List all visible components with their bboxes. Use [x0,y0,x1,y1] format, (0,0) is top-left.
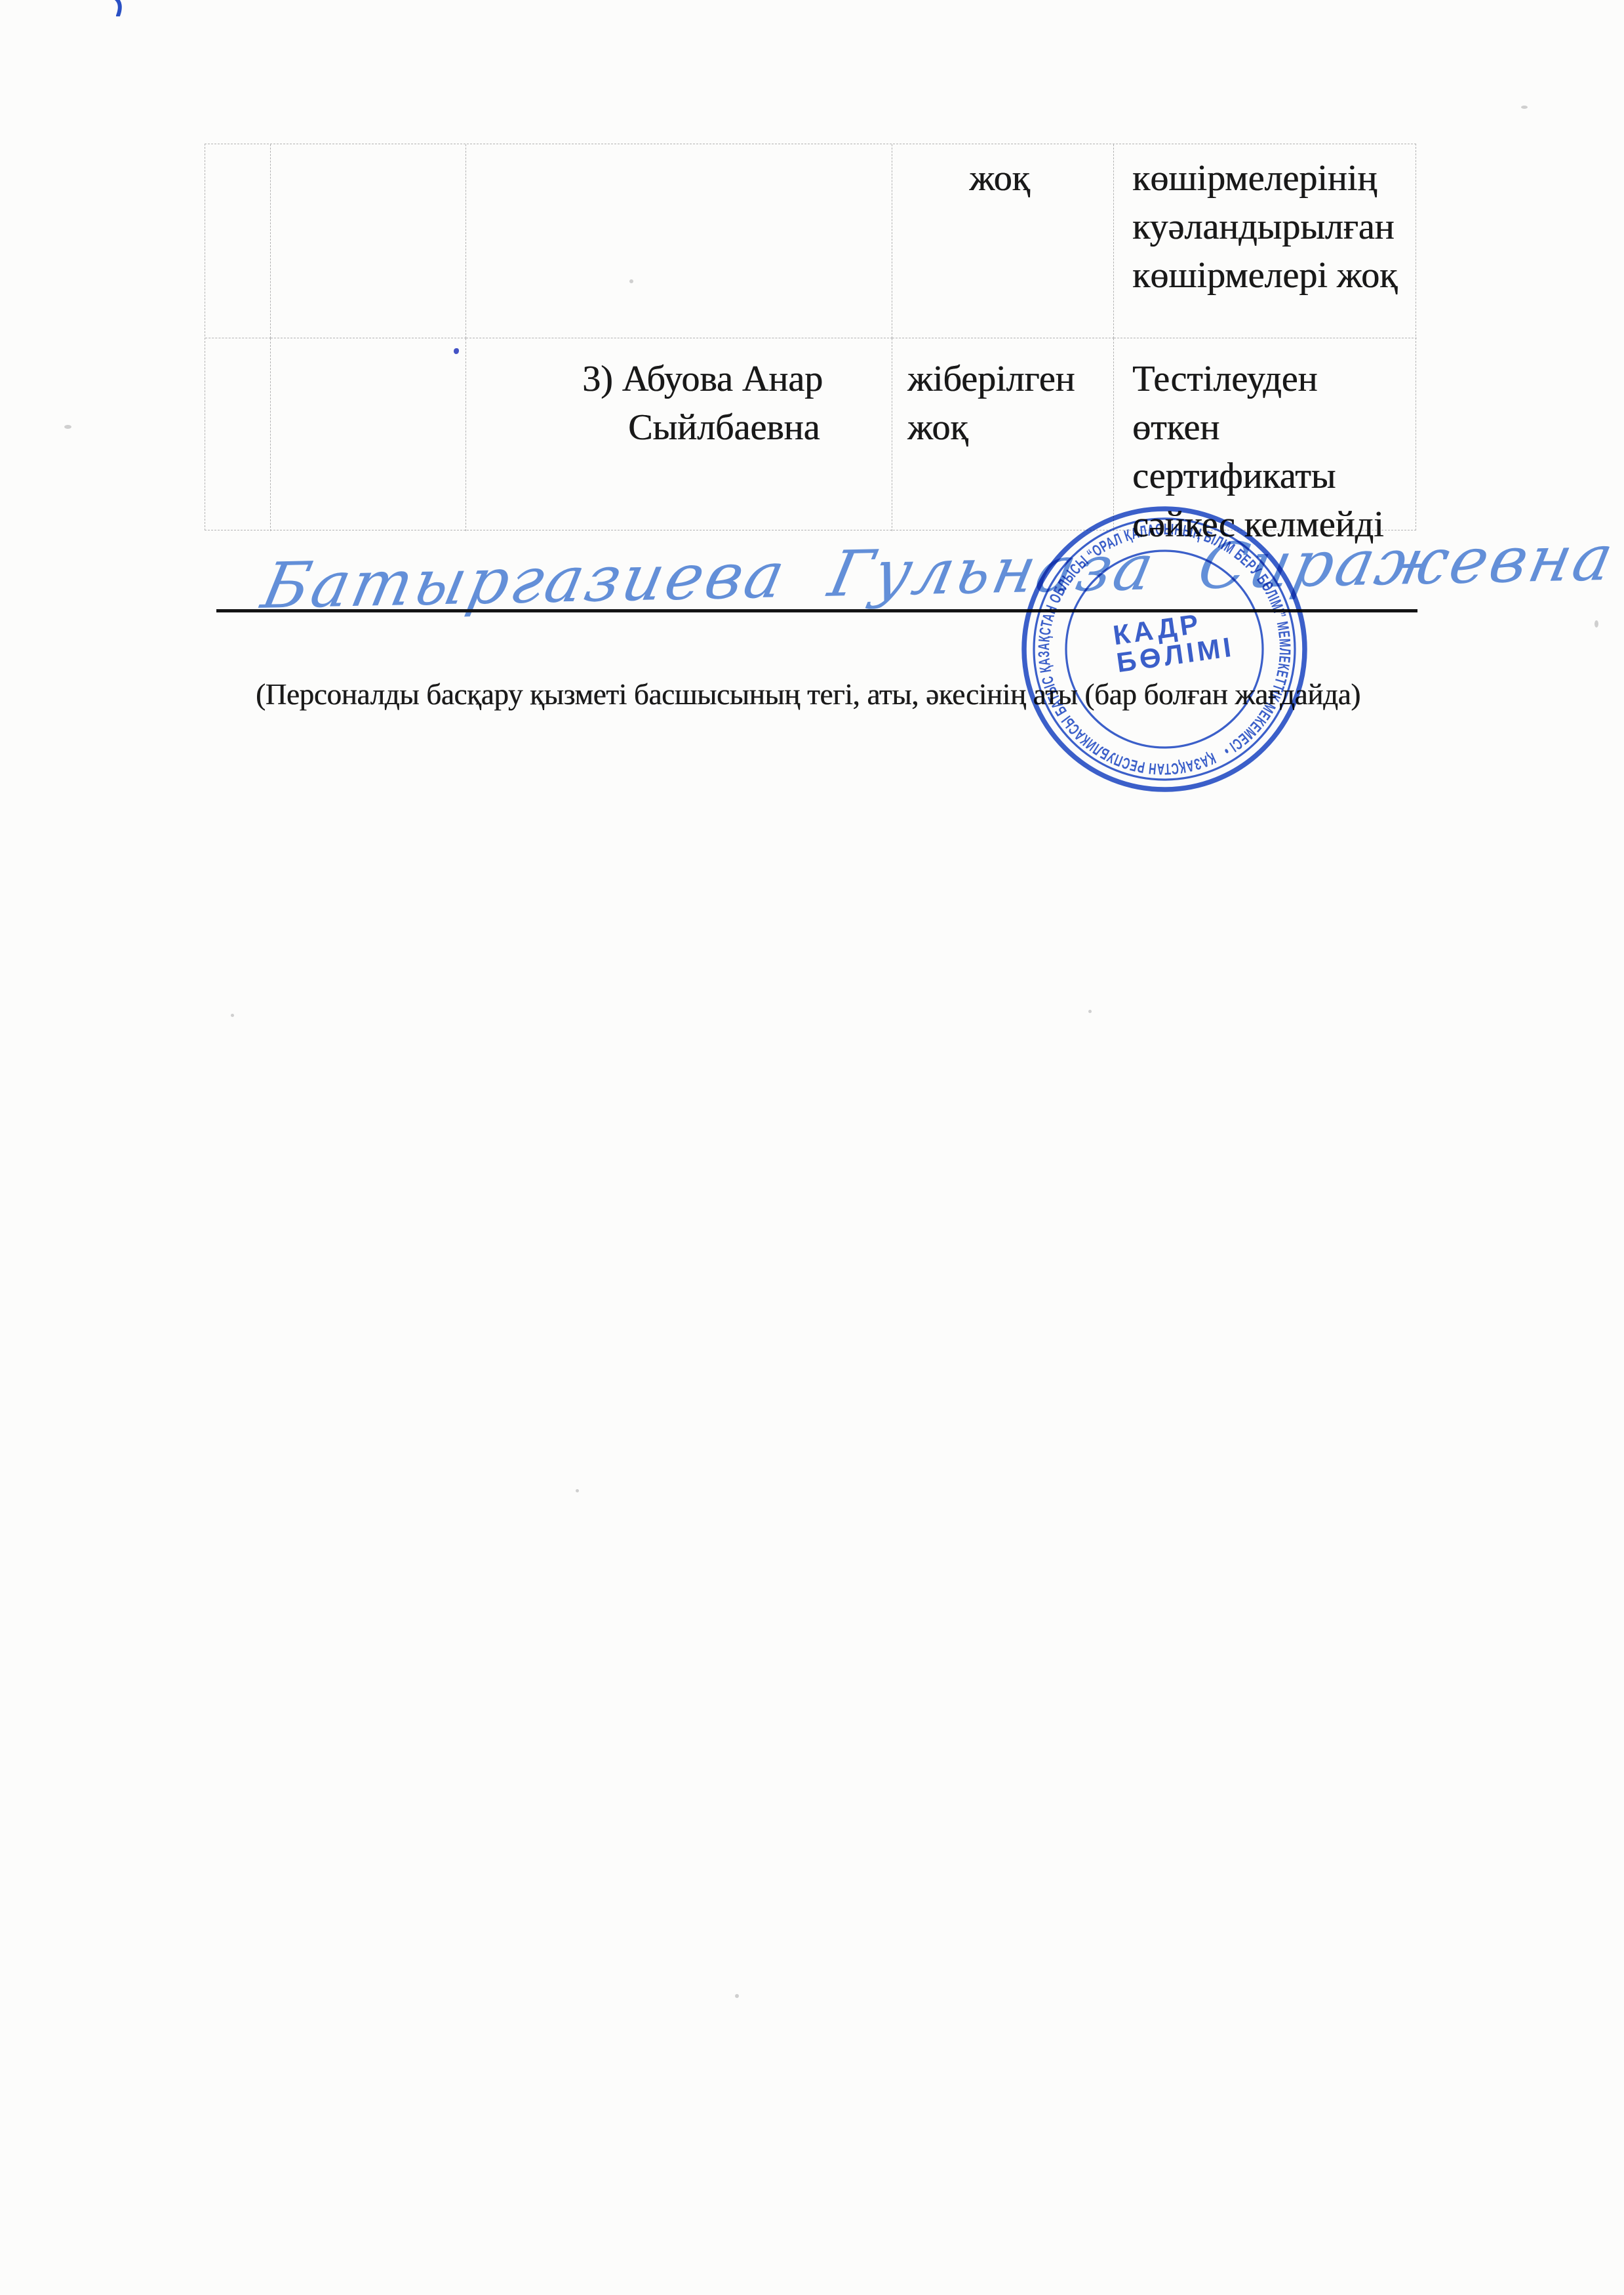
table-cell-status: жіберілген жоқ [892,338,1114,531]
pen-mark-icon [111,0,127,16]
noise-speck [735,1994,739,1998]
document-table: жоқ көшірмелерінің куәландырылған көшірм… [205,144,1416,530]
noise-speck [1594,620,1598,628]
table-cell-person-name: 3) Абуова Анар Сыйлбаевна [466,338,892,531]
noise-speck [576,1489,579,1492]
table-cell [205,144,271,338]
table-cell [271,338,466,531]
table-cell-status: жоқ [892,144,1114,338]
table-cell [271,144,466,338]
scanned-document-page: жоқ көшірмелерінің куәландырылған көшірм… [0,0,1624,2295]
handwritten-signature: Батыргазиева Гульназа Сиражевна [257,526,1621,618]
noise-speck [64,425,71,429]
table-cell [205,338,271,531]
table-cell [466,144,892,338]
table-cell-note: көшірмелерінің куәландырылған көшірмелер… [1114,144,1417,338]
noise-speck [1088,1010,1092,1013]
noise-speck [629,279,633,283]
noise-speck [1521,106,1528,109]
round-stamp: ҚАЗАҚСТАН РЕСПУБЛИКАСЫ БАТЫС ҚАЗАҚСТАН О… [1018,503,1311,795]
noise-speck [231,1014,234,1017]
table-cell-note: Тестілеуден өткен сертификаты сәйкес кел… [1114,338,1417,531]
